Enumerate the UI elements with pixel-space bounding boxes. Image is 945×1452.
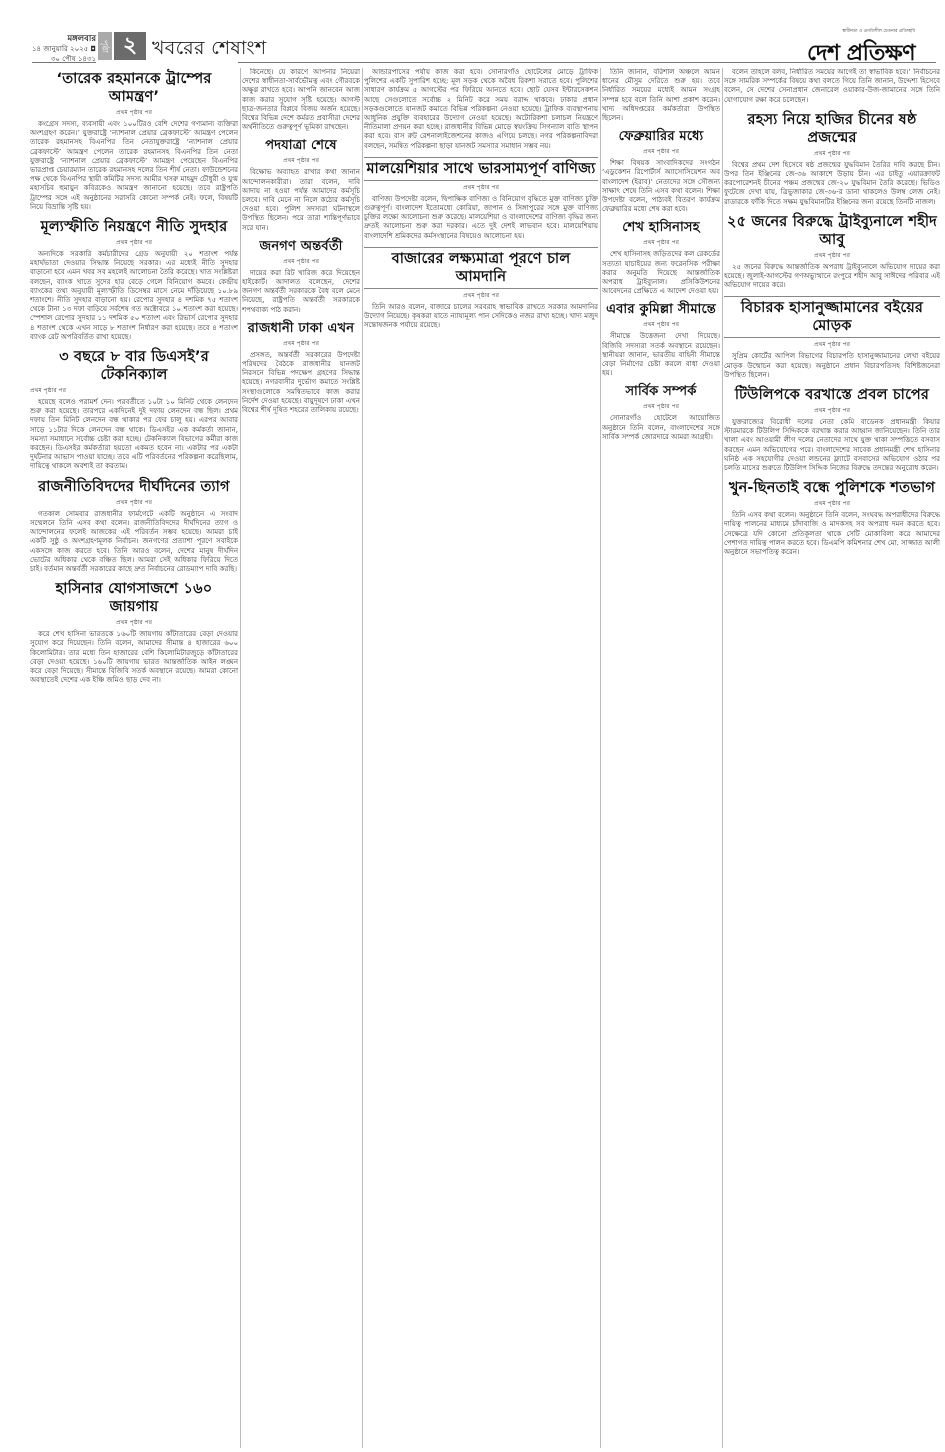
article-sheikh-hasina[interactable]: শেখ হাসিনাসহ প্রথম পৃষ্ঠার পর শেখ হাসিনা…	[602, 220, 720, 296]
article-headline: পদযাত্রা শেষে	[242, 138, 360, 154]
article-tulip-dismissal[interactable]: টিউলিপকে বরখাস্তে প্রবল চাপের প্রথম পৃষ্…	[724, 386, 940, 473]
article-body: ২৫ জনের বিরুদ্ধে আন্তর্জাতিক অপরাধ ট্রাই…	[724, 263, 940, 291]
jump-label: প্রথম পৃষ্ঠার পর	[242, 338, 360, 349]
article-body: হয়েছে বলেও পরামর্শ দেন। পরবর্তীতে ১০টা …	[30, 398, 238, 472]
article-body: বিশ্বের প্রথম দেশ হিসেবে ষষ্ঠ প্রজন্মের …	[724, 161, 940, 207]
article-body: বাণিজ্য উপদেষ্টা বলেন, দ্বিপাক্ষিক বাণিজ…	[364, 195, 598, 241]
article-police-crime[interactable]: খুন-ছিনতাই বন্ধে পুলিশকে শতভাগ প্রথম পৃষ…	[724, 479, 940, 557]
article-body: কংগ্রেস সদস্য, ব্যবসায়ী এবং ১০০টিরও বেশ…	[30, 120, 238, 212]
column-3: আন্ডারপাসের পর্যায় কাজ করা হবে। সোনারগা…	[364, 68, 598, 1448]
article-rice-import[interactable]: বাজারের লক্ষ্যমাত্রা পূরণে চাল আমদানি প্…	[364, 247, 598, 331]
jump-label: প্রথম পৃষ্ঠার পর	[602, 319, 720, 330]
jump-label: প্রথম পৃষ্ঠার পর	[30, 237, 238, 248]
masthead: মঙ্গলবার ১৪ জানুয়ারি ২০২৫ ◘ ৩০ পৌষ ১৪৩১…	[0, 0, 945, 62]
article-headline: এবার কুমিল্লা সীমান্তে	[602, 302, 720, 318]
jump-label: প্রথম পৃষ্ঠার পর	[602, 401, 720, 412]
article-body: গতকাল সোমবার রাজধানীর ফার্মগেটে একটি অনু…	[30, 510, 238, 574]
jump-label: প্রথম পৃষ্ঠার পর	[30, 385, 238, 396]
page-number: ২	[114, 32, 146, 60]
article-interim-government[interactable]: জনগণ অন্তর্বর্তী প্রথম পৃষ্ঠার পর দায়ের…	[242, 239, 360, 315]
jump-label: প্রথম পৃষ্ঠার পর	[242, 256, 360, 267]
jump-label: প্রথম পৃষ্ঠার পর	[30, 617, 238, 628]
article-policy-rate[interactable]: মূল্যস্ফীতি নিয়ন্ত্রণে নীতি সুদহার প্রথ…	[30, 218, 238, 342]
article-tarique-invitation[interactable]: ‘তারেক রহমানকে ট্রাম্পের আমন্ত্রণ’ প্রথম…	[30, 70, 238, 212]
article-body: কিনেছে। যে কারণে আপনার নিয়েরা দেশের স্ব…	[242, 68, 360, 132]
article-border-fence[interactable]: হাসিনার যোগসাজশে ১৬০ জায়গায় প্রথম পৃষ্…	[30, 580, 238, 685]
jump-label: প্রথম পৃষ্ঠার পর	[602, 237, 720, 248]
jump-label: প্রথম পৃষ্ঠার পর	[30, 107, 238, 118]
article-headline: রাজধানী ঢাকা এখন	[242, 321, 360, 337]
jump-label: প্রথম পৃষ্ঠার পর	[724, 498, 940, 509]
article-body: সুপ্রিম কোর্টের আপিল বিভাগের বিচারপতি হা…	[724, 352, 940, 380]
jump-label: প্রথম পৃষ্ঠার পর	[242, 155, 360, 166]
article-malaysia-trade[interactable]: মালয়েশিয়ার সাথে ভারসাম্যপূর্ণ বাণিজ্য …	[364, 157, 598, 241]
newspaper-logo: স্বাধীনতা ও প্রগতিশীল চেতনার প্রতিচ্ছবি …	[807, 28, 915, 73]
article-headline: হাসিনার যোগসাজশে ১৬০ জায়গায়	[30, 580, 238, 616]
article-headline: শেখ হাসিনাসহ	[602, 220, 720, 236]
article-body: তিনি জানান, বরিশাল অঞ্চলে আমন ধানের মৌসু…	[602, 68, 720, 123]
column-1: ‘তারেক রহমানকে ট্রাম্পের আমন্ত্রণ’ প্রথম…	[30, 68, 238, 1448]
jump-label: প্রথম পৃষ্ঠার পর	[724, 250, 940, 261]
article-headline: বাজারের লক্ষ্যমাত্রা পূরণে চাল আমদানি	[364, 247, 598, 289]
jump-label: প্রথম পৃষ্ঠার পর	[724, 148, 940, 159]
article-headline: ৩ বছরে ৮ বার ডিএসই’র টেকনিক্যাল	[30, 348, 238, 384]
article-headline: মালয়েশিয়ার সাথে ভারসাম্যপূর্ণ বাণিজ্য	[364, 157, 598, 181]
article-headline: ২৫ জনের বিরুদ্ধে ট্রাইব্যুনালে শহীদ আবু	[724, 213, 940, 249]
article-headline: রহস্য নিয়ে হাজির চীনের ষষ্ঠ প্রজন্মের	[724, 111, 940, 147]
article-headline: মূল্যস্ফীতি নিয়ন্ত্রণে নীতি সুদহার	[30, 218, 238, 236]
brand-name: দেশ প্রতিক্ষণ	[807, 41, 915, 66]
article-padayatra[interactable]: পদযাত্রা শেষে প্রথম পৃষ্ঠার পর বিক্ষোভ অ…	[242, 138, 360, 232]
article-headline: সার্বিক সম্পর্ক	[602, 384, 720, 400]
article-body: অন্যদিকে সরকারি কর্মচারীদের গ্রেড অনুযায…	[30, 250, 238, 342]
article-politicians-sacrifice[interactable]: রাজনীতিবিদদের দীর্ঘদিনের ত্যাগ প্রথম পৃষ…	[30, 478, 238, 574]
jump-label: প্রথম পৃষ্ঠার পর	[724, 405, 940, 416]
article-body: শেখ হাসিনাসহ জড়িতদের কল রেকর্ডের সত্যতা…	[602, 250, 720, 296]
article-body: বিক্ষোভ অব্যাহত রাখার কথা জানান আন্দোলনক…	[242, 168, 360, 232]
article-body: সীমান্তে উত্তেজনা দেখা দিয়েছে। বিজিবি স…	[602, 332, 720, 378]
issue-date: ১৪ জানুয়ারি ২০২৫ ◘ ৩০ পৌষ ১৪৩১	[32, 45, 96, 63]
jump-label: প্রথম পৃষ্ঠার পর	[364, 182, 598, 193]
article-headline: ‘তারেক রহমানকে ট্রাম্পের আমন্ত্রণ’	[30, 70, 238, 106]
issue-date-block: মঙ্গলবার ১৪ জানুয়ারি ২০২৫ ◘ ৩০ পৌষ ১৪৩১	[30, 34, 96, 64]
jump-label: প্রথম পৃষ্ঠার পর	[364, 290, 598, 301]
page-label: পৃষ্ঠা	[98, 32, 112, 60]
article-body: তিনি আরও বলেন, বাজারে চালের সরবরাহ স্বাভ…	[364, 303, 598, 331]
article-columns: ‘তারেক রহমানকে ট্রাম্পের আমন্ত্রণ’ প্রথম…	[30, 68, 940, 1448]
masthead-rule-left	[32, 62, 96, 63]
article-body: যুক্তরাজ্যের বিরোধী দলের নেতা কেমি বাডেন…	[724, 418, 940, 473]
article-tribunal-abu-sayeed[interactable]: ২৫ জনের বিরুদ্ধে ট্রাইব্যুনালে শহীদ আবু …	[724, 213, 940, 291]
article-judge-book[interactable]: বিচারক হাসানুজ্জামানের বইয়ের মোড়ক প্রথ…	[724, 296, 940, 380]
article-body: আন্ডারপাসের পর্যায় কাজ করা হবে। সোনারগা…	[364, 68, 598, 151]
article-headline: রাজনীতিবিদদের দীর্ঘদিনের ত্যাগ	[30, 478, 238, 496]
column-5: বলেন তাহলে বলব, নির্ধারিত সময়ের আগেই তা…	[724, 68, 940, 1448]
article-headline: খুন-ছিনতাই বন্ধে পুলিশকে শতভাগ	[724, 479, 940, 497]
article-headline: বিচারক হাসানুজ্জামানের বইয়ের মোড়ক	[724, 296, 940, 338]
article-body: করে শেখ হাসিনা ভারতকে ১৬০টি জায়গায় কাঁ…	[30, 630, 238, 685]
article-body: তিনি এসব কথা বলেন। অনুষ্ঠানে তিনি বলেন, …	[724, 511, 940, 557]
article-headline: টিউলিপকে বরখাস্তে প্রবল চাপের	[724, 386, 940, 404]
article-dhaka-capital[interactable]: রাজধানী ঢাকা এখন প্রথম পৃষ্ঠার পর প্রসঙ্…	[242, 321, 360, 415]
article-headline: ফেব্রুয়ারির মধ্যে	[602, 129, 720, 145]
jump-label: প্রথম পৃষ্ঠার পর	[602, 146, 720, 157]
column-4: তিনি জানান, বরিশাল অঞ্চলে আমন ধানের মৌসু…	[602, 68, 720, 1448]
article-body: প্রসঙ্গত, অন্তর্বর্তী সরকারের উপদেষ্টা প…	[242, 351, 360, 415]
article-body: দায়ের করা রিট খারিজ করে দিয়েছেন হাইকোর…	[242, 269, 360, 315]
article-overall-relations[interactable]: সার্বিক সম্পর্ক প্রথম পৃষ্ঠার পর সোনারগা…	[602, 384, 720, 442]
article-headline: জনগণ অন্তর্বর্তী	[242, 239, 360, 255]
article-traffic-continuation[interactable]: আন্ডারপাসের পর্যায় কাজ করা হবে। সোনারগা…	[364, 68, 598, 151]
jump-label: প্রথম পৃষ্ঠার পর	[724, 339, 940, 350]
jump-label: প্রথম পৃষ্ঠার পর	[30, 497, 238, 508]
article-body: বলেন তাহলে বলব, নির্ধারিত সময়ের আগেই তা…	[724, 68, 940, 105]
article-body: শিক্ষা বিষয়ক সাংবাদিকদের সংগঠন ‘এডুকেশন…	[602, 159, 720, 214]
article-body: সোনারগাঁও হোটেলে আয়োজিত অনুষ্ঠানে তিনি …	[602, 414, 720, 442]
article-election-continuation[interactable]: বলেন তাহলে বলব, নির্ধারিত সময়ের আগেই তা…	[724, 68, 940, 105]
article-aman-continuation[interactable]: তিনি জানান, বরিশাল অঞ্চলে আমন ধানের মৌসু…	[602, 68, 720, 123]
issue-day: মঙ্গলবার	[30, 34, 96, 44]
article-dse-technical[interactable]: ৩ বছরে ৮ বার ডিএসই’র টেকনিক্যাল প্রথম পৃ…	[30, 348, 238, 472]
column-2: কিনেছে। যে কারণে আপনার নিয়েরা দেশের স্ব…	[242, 68, 360, 1448]
article-comilla-border[interactable]: এবার কুমিল্লা সীমান্তে প্রথম পৃষ্ঠার পর …	[602, 302, 720, 378]
article-february[interactable]: ফেব্রুয়ারির মধ্যে প্রথম পৃষ্ঠার পর শিক্…	[602, 129, 720, 214]
article-china-sixth-gen[interactable]: রহস্য নিয়ে হাজির চীনের ষষ্ঠ প্রজন্মের প…	[724, 111, 940, 207]
article-continuation[interactable]: কিনেছে। যে কারণে আপনার নিয়েরা দেশের স্ব…	[242, 68, 360, 132]
brand-tagline: স্বাধীনতা ও প্রগতিশীল চেতনার প্রতিচ্ছবি	[807, 28, 915, 35]
